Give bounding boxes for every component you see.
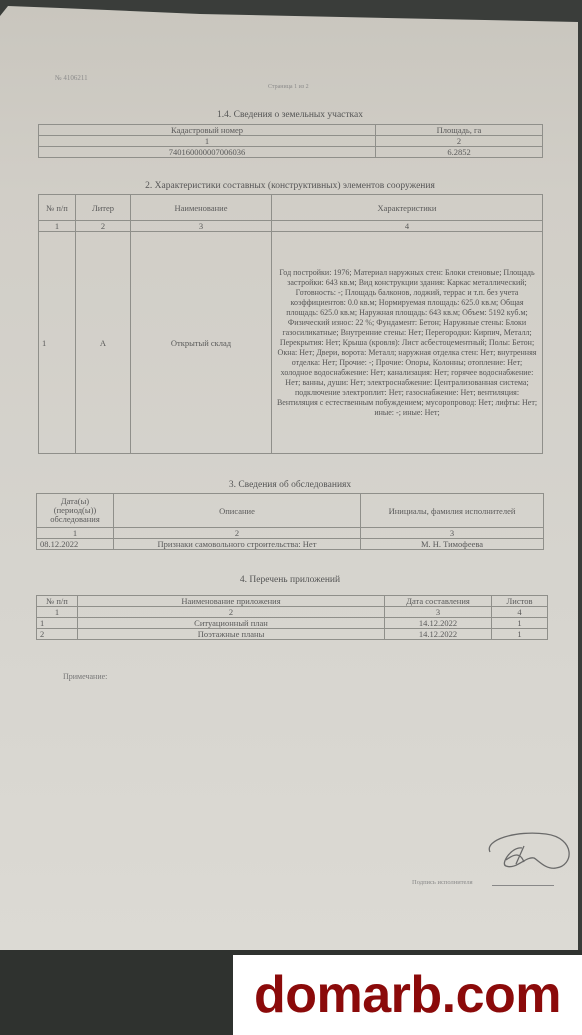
col-number: 4 bbox=[492, 607, 548, 618]
col-number: 3 bbox=[385, 607, 492, 618]
header-number: № п/п bbox=[37, 596, 78, 607]
header-area: Площадь, га bbox=[376, 125, 543, 136]
col-number: 4 bbox=[272, 221, 543, 232]
inspection-date: 08.12.2022 bbox=[37, 539, 114, 550]
table-row: 1 А Открытый склад Год постройки: 1976; … bbox=[39, 232, 543, 454]
row-name: Открытый склад bbox=[131, 232, 272, 454]
header-inspection-date: Дата(ы) (период(ы)) обследования bbox=[37, 494, 114, 528]
section-1-4-title: 1.4. Сведения о земельных участках bbox=[140, 110, 440, 120]
document-id: № 4106211 bbox=[55, 74, 88, 82]
col-number: 3 bbox=[131, 221, 272, 232]
table-row: 2 Поэтажные планы 14.12.2022 1 bbox=[37, 629, 548, 640]
table-header-row: № п/п Литер Наименование Характеристики bbox=[39, 195, 543, 221]
header-description: Описание bbox=[114, 494, 361, 528]
inspection-executor: М. Н. Тимофеева bbox=[361, 539, 544, 550]
header-characteristics: Характеристики bbox=[272, 195, 543, 221]
col-number: 2 bbox=[376, 136, 543, 147]
section-4-title: 4. Перечень приложений bbox=[140, 575, 440, 585]
row-number: 1 bbox=[39, 232, 76, 454]
header-attachment-name: Наименование приложения bbox=[78, 596, 385, 607]
inspections-table: Дата(ы) (период(ы)) обследования Описани… bbox=[36, 493, 544, 550]
column-number-row: 1 2 3 4 bbox=[37, 607, 548, 618]
col-number: 3 bbox=[361, 528, 544, 539]
section-3-title: 3. Сведения об обследованиях bbox=[140, 480, 440, 490]
col-number: 1 bbox=[39, 136, 376, 147]
header-date: Дата составления bbox=[385, 596, 492, 607]
table-header-row: Кадастровый номер Площадь, га bbox=[39, 125, 543, 136]
header-liter: Литер bbox=[76, 195, 131, 221]
attachment-name: Поэтажные планы bbox=[78, 629, 385, 640]
column-number-row: 1 2 bbox=[39, 136, 543, 147]
column-number-row: 1 2 3 4 bbox=[39, 221, 543, 232]
table-header-row: Дата(ы) (период(ы)) обследования Описани… bbox=[37, 494, 544, 528]
watermark-banner: domarb.com bbox=[233, 955, 582, 1035]
note-label: Примечание: bbox=[63, 672, 107, 681]
signature-line bbox=[492, 885, 554, 886]
watermark-text: domarb.com bbox=[254, 965, 561, 1025]
table-row: 1 Ситуационный план 14.12.2022 1 bbox=[37, 618, 548, 629]
attachment-date: 14.12.2022 bbox=[385, 629, 492, 640]
signature-label: Подпись исполнителя bbox=[412, 879, 473, 886]
attachment-number: 2 bbox=[37, 629, 78, 640]
table-row: 740160000007006036 6.2852 bbox=[39, 147, 543, 158]
col-number: 1 bbox=[39, 221, 76, 232]
attachment-name: Ситуационный план bbox=[78, 618, 385, 629]
area-value: 6.2852 bbox=[376, 147, 543, 158]
header-sheets: Листов bbox=[492, 596, 548, 607]
header-executors: Инициалы, фамилия исполнителей bbox=[361, 494, 544, 528]
table-header-row: № п/п Наименование приложения Дата соста… bbox=[37, 596, 548, 607]
col-number: 2 bbox=[78, 607, 385, 618]
col-number: 2 bbox=[114, 528, 361, 539]
signature-icon bbox=[476, 826, 576, 876]
attachment-sheets: 1 bbox=[492, 618, 548, 629]
land-plots-table: Кадастровый номер Площадь, га 1 2 740160… bbox=[38, 124, 543, 158]
column-number-row: 1 2 3 bbox=[37, 528, 544, 539]
attachments-table: № п/п Наименование приложения Дата соста… bbox=[36, 595, 548, 640]
structural-elements-table: № п/п Литер Наименование Характеристики … bbox=[38, 194, 543, 454]
col-number: 2 bbox=[76, 221, 131, 232]
col-number: 1 bbox=[37, 528, 114, 539]
section-2-title: 2. Характеристики составных (конструктив… bbox=[90, 181, 490, 191]
header-number: № п/п bbox=[39, 195, 76, 221]
header-cadastral-number: Кадастровый номер bbox=[39, 125, 376, 136]
row-liter: А bbox=[76, 232, 131, 454]
attachment-number: 1 bbox=[37, 618, 78, 629]
inspection-description: Признаки самовольного строительства: Нет bbox=[114, 539, 361, 550]
cadastral-number: 740160000007006036 bbox=[39, 147, 376, 158]
page-label: Страница 1 из 2 bbox=[268, 84, 309, 90]
attachment-sheets: 1 bbox=[492, 629, 548, 640]
attachment-date: 14.12.2022 bbox=[385, 618, 492, 629]
row-characteristics: Год постройки: 1976; Материал наружных с… bbox=[272, 232, 543, 454]
table-row: 08.12.2022 Признаки самовольного строите… bbox=[37, 539, 544, 550]
header-name: Наименование bbox=[131, 195, 272, 221]
col-number: 1 bbox=[37, 607, 78, 618]
